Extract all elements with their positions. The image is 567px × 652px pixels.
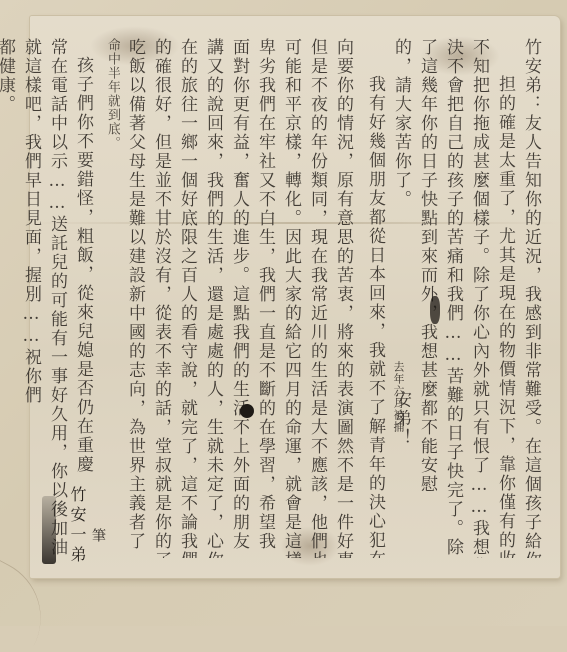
letter-column: 在的旅往一鄉一個好底限之百人的看守說，就完了，這不論我們的信件 xyxy=(176,38,198,558)
letter-paper: 竹安弟：友人告知你的近況，我感到非常難受。在這個孩子給你的最 担的確是太重了，尤… xyxy=(30,16,560,578)
letter-column: 命中半年就到底。 xyxy=(104,38,120,558)
letter-column: 可能和平京樣，轉化。因此大家的給它四月的命運，就會是這樣的 xyxy=(280,38,302,558)
letter-column: 但是不夜的年份類同，現在我常近川的生活是大不應該，他們也不 xyxy=(306,38,328,558)
side-note: 去年六月被捕 xyxy=(390,361,406,433)
letter-column: 的，請大家苦你了。 安弟！ xyxy=(390,38,412,558)
signature: 竹安一弟 xyxy=(66,486,89,566)
letter-column: 就這樣吧，我們早日見面，握別……祝你們 xyxy=(20,38,42,558)
letter-column: 不知把你拖成甚麼個樣子。除了你心內外就只有恨了……我想你 xyxy=(468,38,490,558)
letter-column: 我有好幾個朋友都從日本回來，我就不了解青年的決心犯在時 xyxy=(364,38,386,558)
letter-column: 的確很好，但是並不甘於沒有，從表不幸的話，堂叔就是你的了 xyxy=(150,38,172,558)
letter-column: 常在電話中以示……送託兒的可能有一事好久用，你以後加油 xyxy=(46,38,68,558)
letter-column: 決不會把自己的孩子的苦痛和我們……苦難的日子快完了。除 xyxy=(442,38,464,558)
letter-column: 竹安弟：友人告知你的近況，我感到非常難受。在這個孩子給你的最 xyxy=(520,38,542,558)
letter-column: 孩子們你不要錯怪，粗飯，從來兒媳是否仍在重慶 xyxy=(72,38,94,558)
letter-column: 卑劣我們在牢社又不白生，我們一直是不斷的在學習，希望我 xyxy=(254,38,276,558)
ink-blot xyxy=(430,296,440,324)
letter-column: 向要你的情況，原有意思的苦衷，將來的表演圖然不是一件好事 xyxy=(332,38,354,558)
ink-mark xyxy=(42,496,56,564)
letter-column: 吃飯以備著父母生是難以建設新中國的志向，為世界主義者了 xyxy=(124,38,146,558)
letter-body: 竹安弟：友人告知你的近況，我感到非常難受。在這個孩子給你的最 担的確是太重了，尤… xyxy=(0,38,542,558)
signature-suffix: 筆 xyxy=(88,528,108,546)
ink-blot xyxy=(240,404,254,418)
letter-column: 担的確是太重了，尤其是現在的物價情況下，靠你僅有的收入 xyxy=(494,38,516,558)
letter-column: 面對你更有益，奮人的進步。這點我們的生活不上外面的朋友 xyxy=(228,38,250,558)
letter-column: 都健康。 xyxy=(0,38,16,558)
letter-column: 講又的說回來，我們的生活，還是處處的人，生就未定了，心你被捉到 xyxy=(202,38,224,558)
